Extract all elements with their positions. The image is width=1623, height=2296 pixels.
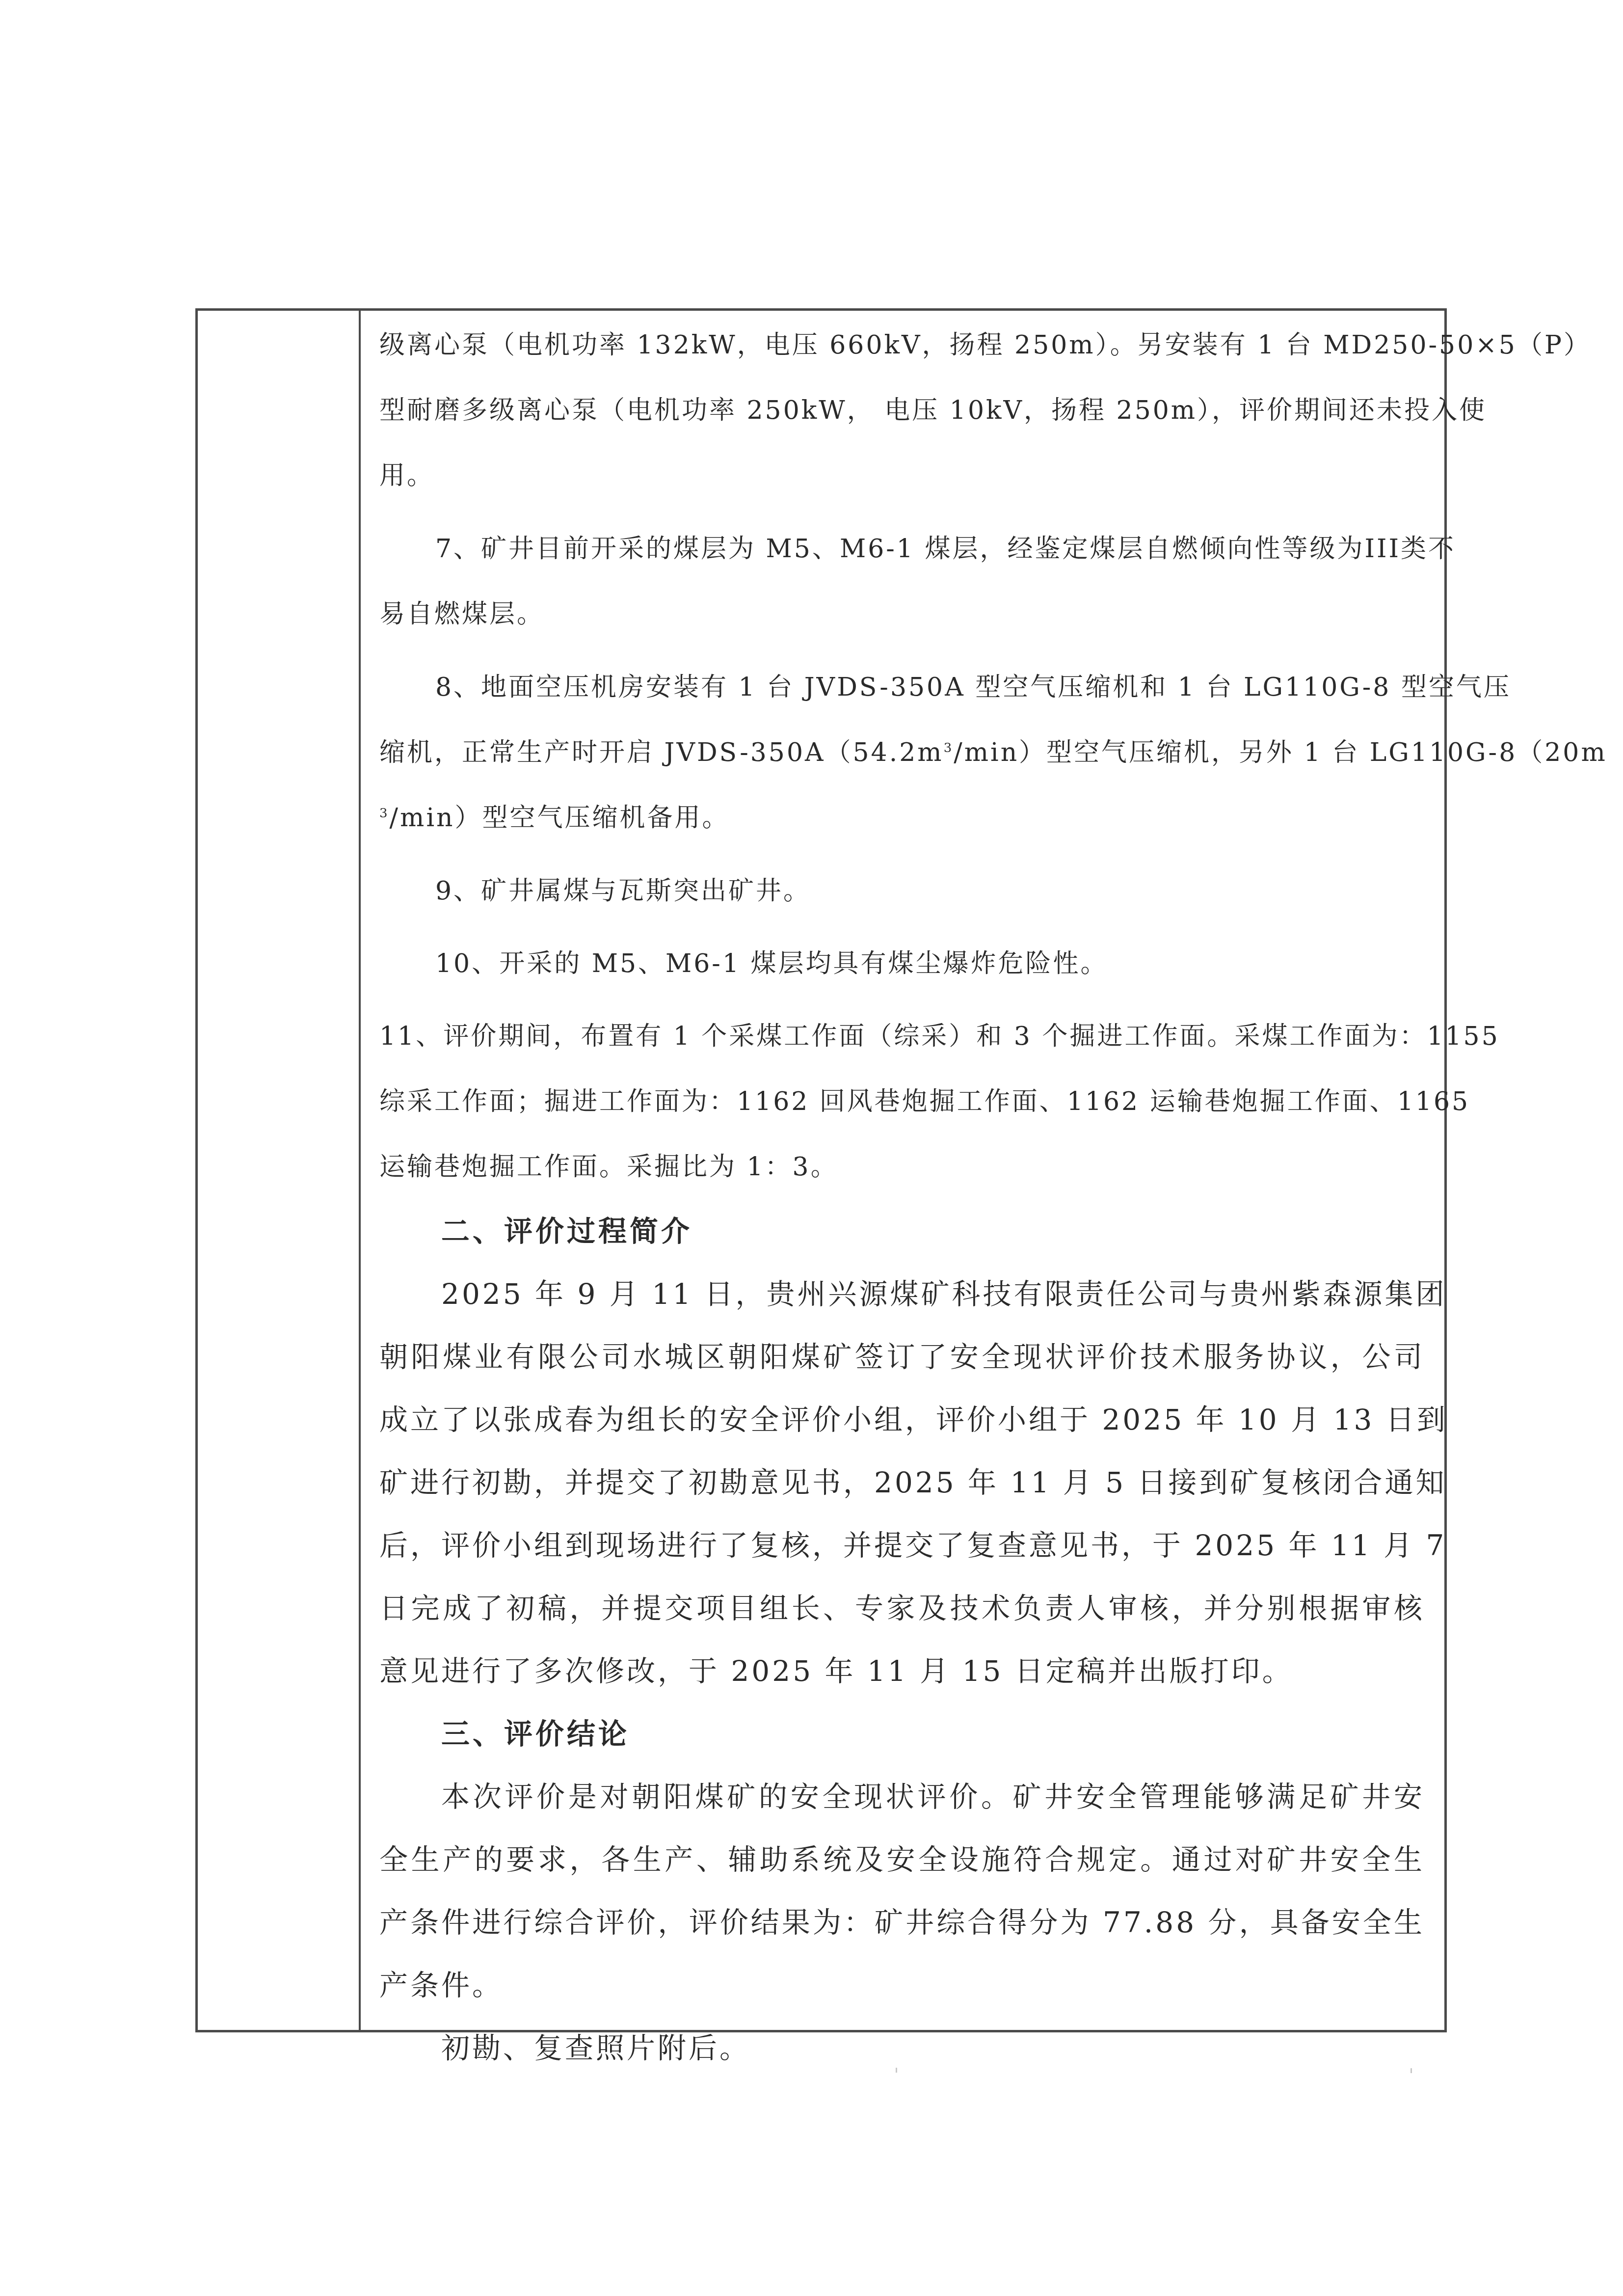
item-6-line-3: 用。 [379, 461, 1425, 490]
item-8-line-2: 缩机，正常生产时开启 JVDS-350A（54.2m3/min）型空气压缩机，另… [379, 738, 1425, 767]
item-6-line-1: 级离心泵（电机功率 132kW，电压 660kV，扬程 250m）。另安装有 1… [379, 330, 1425, 360]
item-7-line-1: 7、矿井目前开采的煤层为 M5、M6-1 煤层，经鉴定煤层自燃倾向性等级为III… [379, 534, 1425, 564]
item-8-line-2b: /min）型空气压缩机，另外 1 台 LG110G-8（20m [954, 738, 1607, 767]
section-3-note: 初勘、复查照片附后。 [379, 2033, 1425, 2063]
item-6-line-2: 型耐磨多级离心泵（电机功率 250kW， 电压 10kV，扬程 250m），评价… [379, 396, 1425, 425]
item-7-line-2: 易自燃煤层。 [379, 599, 1425, 629]
section-3-line-1: 本次评价是对朝阳煤矿的安全现状评价。矿井安全管理能够满足矿井安 [379, 1782, 1425, 1811]
table-content-cell: 级离心泵（电机功率 132kW，电压 660kV，扬程 250m）。另安装有 1… [379, 311, 1425, 2030]
scan-speck [1410, 2068, 1412, 2073]
item-8-line-2a: 缩机，正常生产时开启 JVDS-350A（54.2m [379, 738, 944, 767]
item-11-line-1: 11、评价期间，布置有 1 个采煤工作面（综采）和 3 个掘进工作面。采煤工作面… [379, 1022, 1425, 1051]
section-2-line-5: 后，评价小组到现场进行了复核，并提交了复查意见书，于 2025 年 11 月 7 [379, 1531, 1425, 1560]
item-8-line-3a: /min）型空气压缩机备用。 [390, 803, 730, 833]
section-3-line-4: 产条件。 [379, 1971, 1425, 2000]
section-2-line-4: 矿进行初勘，并提交了初勘意见书，2025 年 11 月 5 日接到矿复核闭合通知 [379, 1468, 1425, 1497]
section-2-line-1: 2025 年 9 月 11 日，贵州兴源煤矿科技有限责任公司与贵州紫森源集团 [379, 1279, 1425, 1309]
section-2-line-7: 意见进行了多次修改，于 2025 年 11 月 15 日定稿并出版打印。 [379, 1656, 1425, 1686]
section-2-line-6: 日完成了初稿，并提交项目组长、专家及技术负责人审核，并分别根据审核 [379, 1594, 1425, 1623]
section-3-line-3: 产条件进行综合评价，评价结果为：矿井综合得分为 77.88 分，具备安全生 [379, 1908, 1425, 1937]
document-page: 级离心泵（电机功率 132kW，电压 660kV，扬程 250m）。另安装有 1… [0, 0, 1623, 2296]
column-divider [359, 311, 361, 2030]
section-3-heading: 三、评价结论 [379, 1719, 1425, 1749]
section-2-heading: 二、评价过程简介 [379, 1216, 1425, 1246]
item-11-line-2: 综采工作面；掘进工作面为：1162 回风巷炮掘工作面、1162 运输巷炮掘工作面… [379, 1087, 1425, 1116]
superscript-3: 3 [379, 806, 390, 821]
item-10-line-1: 10、开采的 M5、M6-1 煤层均具有煤尘爆炸危险性。 [379, 949, 1425, 978]
section-2-line-2: 朝阳煤业有限公司水城区朝阳煤矿签订了安全现状评价技术服务协议，公司 [379, 1342, 1425, 1372]
item-8-line-3: 3/min）型空气压缩机备用。 [379, 803, 1425, 833]
report-table: 级离心泵（电机功率 132kW，电压 660kV，扬程 250m）。另安装有 1… [195, 308, 1447, 2032]
scan-speck [896, 2068, 897, 2073]
section-3-line-2: 全生产的要求，各生产、辅助系统及安全设施符合规定。通过对矿井安全生 [379, 1845, 1425, 1874]
section-2-line-3: 成立了以张成春为组长的安全评价小组，评价小组于 2025 年 10 月 13 日… [379, 1405, 1425, 1434]
superscript-3: 3 [944, 741, 954, 756]
item-11-line-3: 运输巷炮掘工作面。采掘比为 1：3。 [379, 1152, 1425, 1182]
item-9-line-1: 9、矿井属煤与瓦斯突出矿井。 [379, 876, 1425, 906]
table-label-cell [198, 311, 359, 2030]
item-8-line-1: 8、地面空压机房安装有 1 台 JVDS-350A 型空气压缩机和 1 台 LG… [379, 673, 1425, 702]
